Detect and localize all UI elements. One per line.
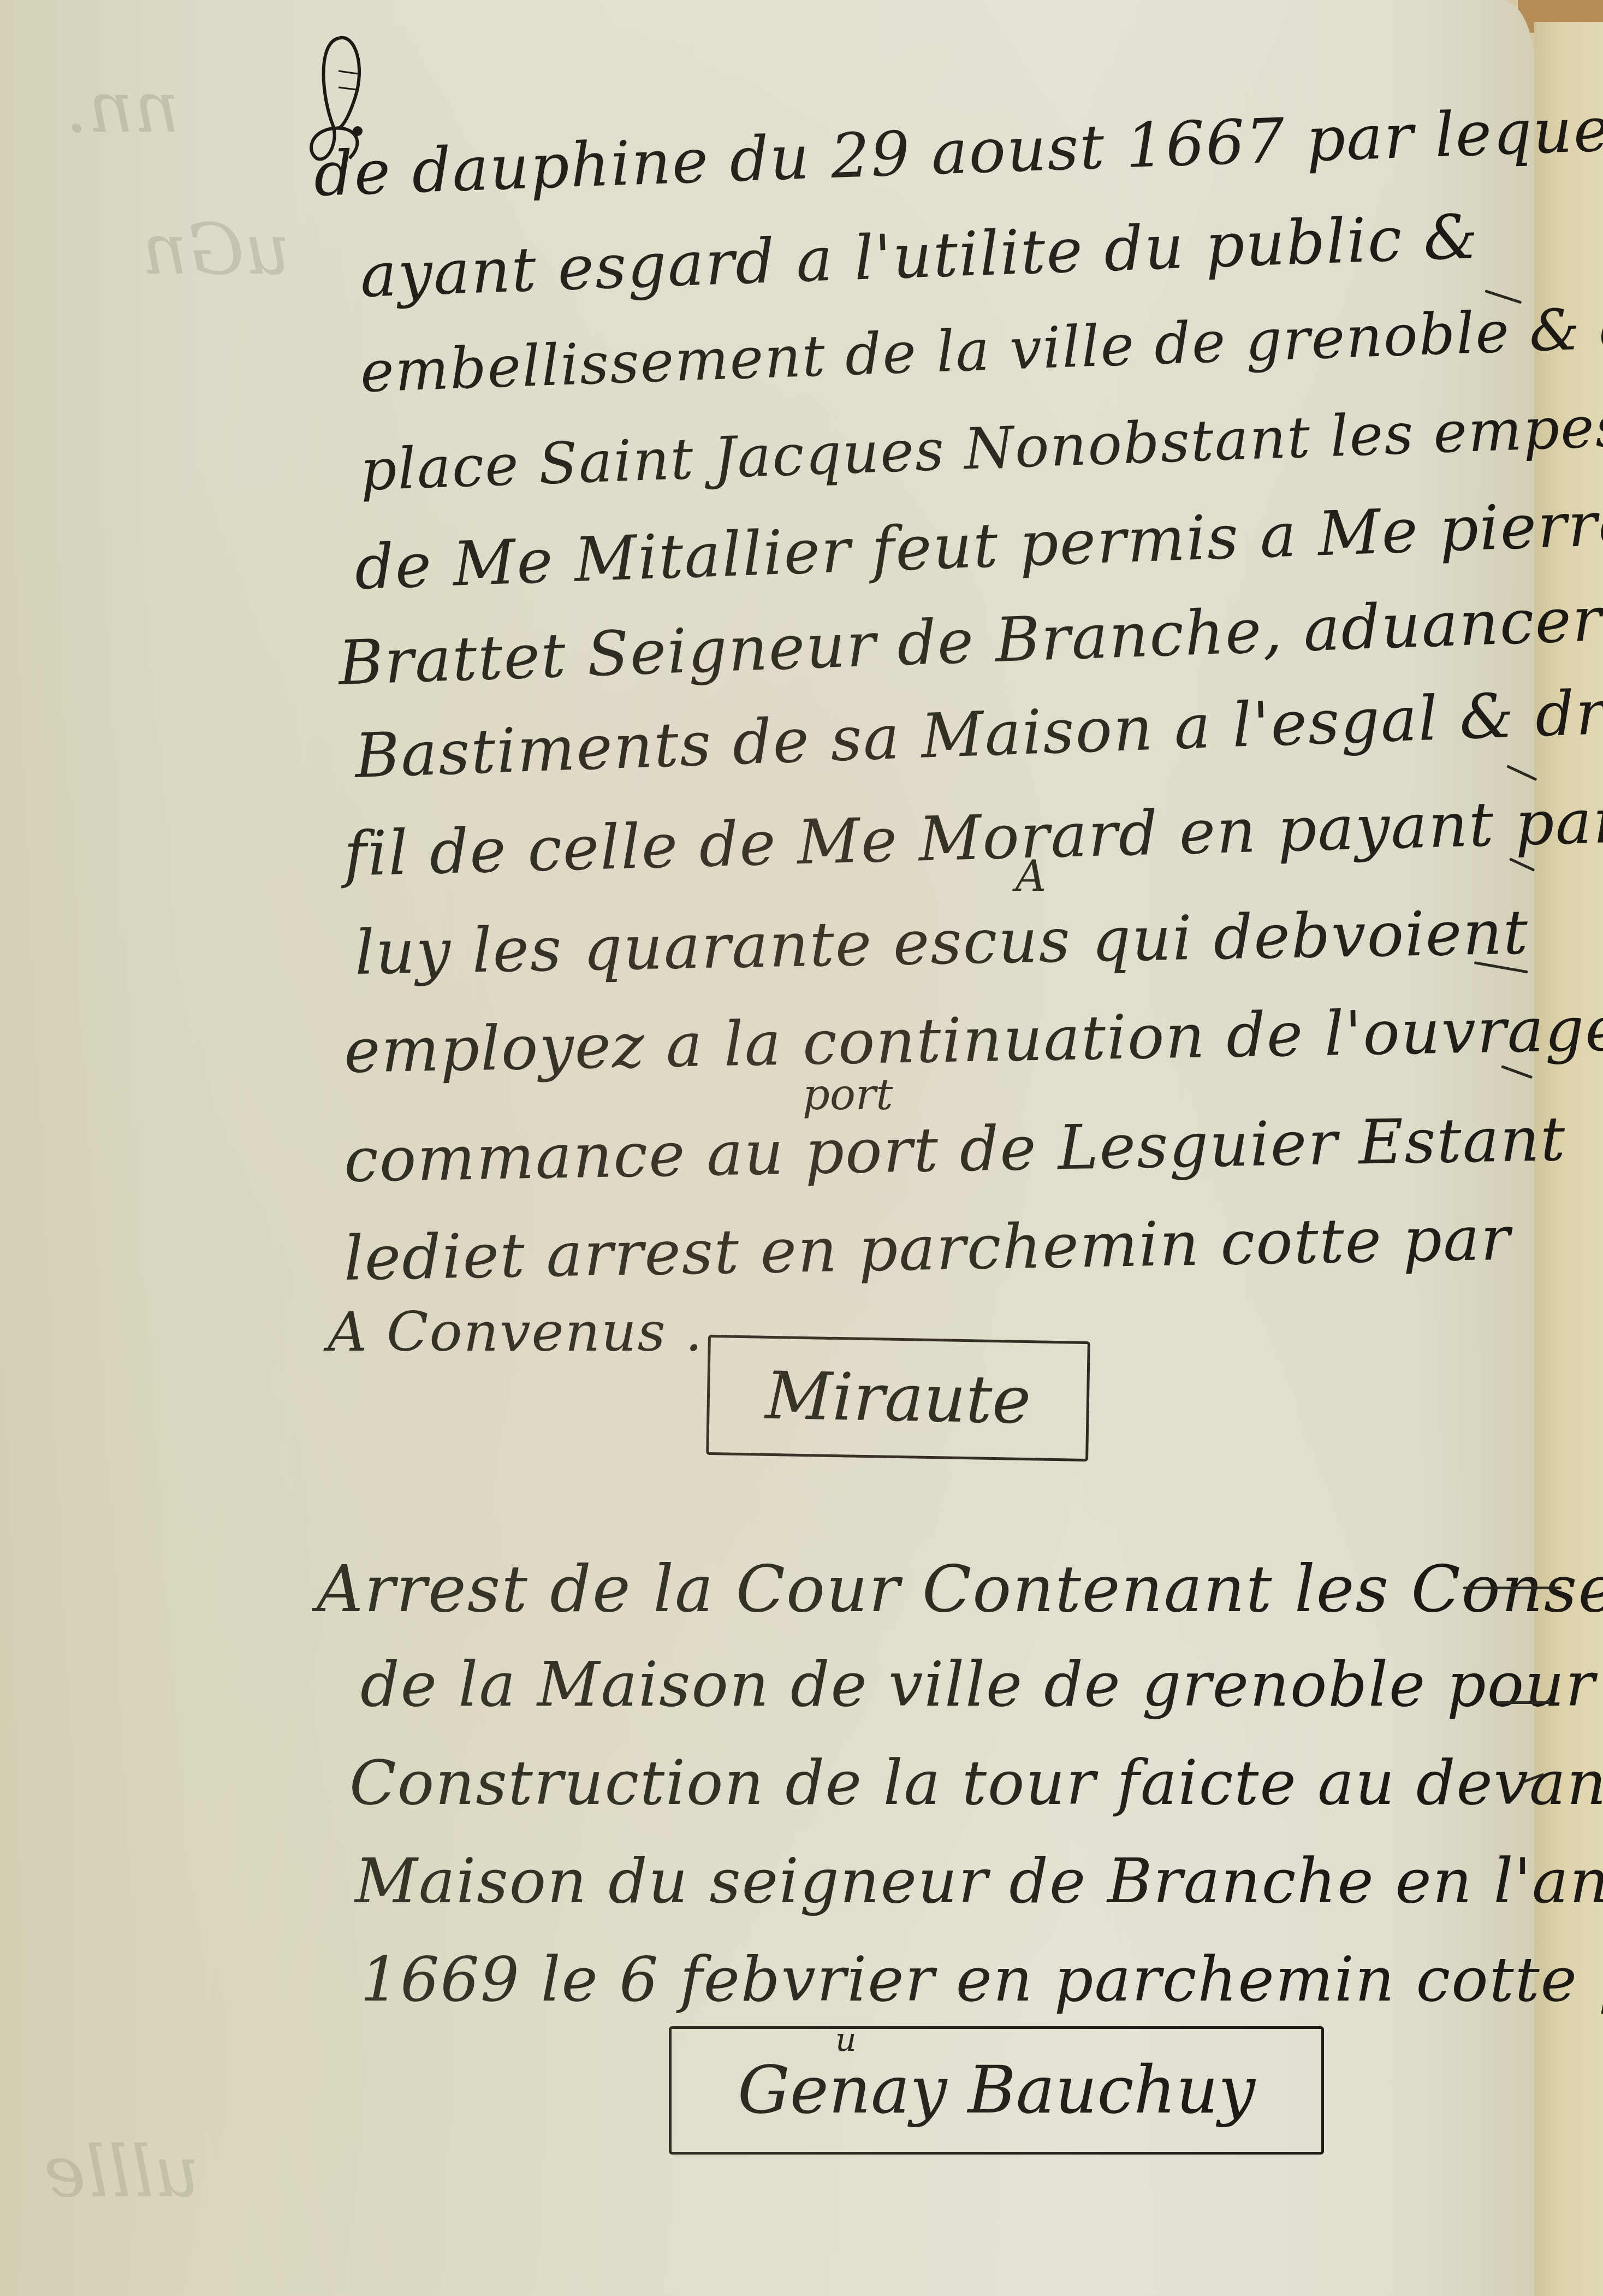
text-line: Brattet Seigneur de Branche, aduancer le…	[337, 580, 1603, 699]
bleed-through-text: uGn	[142, 208, 290, 291]
insertion-port: port	[803, 1070, 893, 1120]
bleed-through-text: nn.	[66, 66, 180, 149]
signature: Genay Bauchuy	[738, 2052, 1255, 2128]
text-line: Construction de la tour faicte au devant…	[349, 1748, 1603, 1819]
insertion-mark: A	[1016, 852, 1046, 901]
text-line: de dauphine du 29 aoust 1667 par lequel	[313, 93, 1603, 210]
line-filler-dash	[1506, 765, 1537, 781]
text-line: A Convenus .	[328, 1300, 704, 1364]
text-line: fil de celle de Me Morard en payant par	[343, 786, 1603, 890]
text-line: lediet arrest en parchemin cotte par	[343, 1203, 1512, 1294]
line-filler-dash	[1496, 1701, 1551, 1704]
text-line: ayant esgard a l'utilite du public &	[359, 202, 1480, 311]
manuscript-page: nn. uGn ullle de dauphine du 29 aoust 16…	[0, 0, 1534, 2296]
text-line: de Me Mitallier feut permis a Me pierre	[354, 488, 1603, 603]
text-line: 1669 le 6 febvrier en parchemin cotte pa…	[360, 1944, 1603, 2015]
text-line: embellissement de la ville de grenoble &…	[359, 290, 1603, 405]
signature-insertion: u	[835, 2021, 857, 2059]
line-filler-dash	[1463, 1587, 1562, 1589]
signature: Miraute	[764, 1358, 1031, 1438]
signature-box: Miraute	[706, 1335, 1090, 1461]
text-line: de la Maison de ville de grenoble pour l…	[360, 1649, 1603, 1720]
entry-heading-line: Arrest de la Cour Contenant les Conseill…	[317, 1551, 1603, 1626]
line-filler-dash	[1501, 1065, 1533, 1079]
text-line: commance au port de Lesguier Estant	[343, 1104, 1567, 1196]
text-line: Maison du seigneur de Branche en l'an	[355, 1846, 1603, 1917]
text-line: employez a la continuation de l'ouvrage …	[343, 992, 1603, 1087]
bleed-through-text: ullle	[44, 2130, 199, 2213]
signature-box: Genay Bauchuy	[669, 2026, 1324, 2155]
text-line: luy les quarante escus qui debvoient	[354, 897, 1529, 989]
text-line: place Saint Jacques Nonobstant les empes…	[359, 383, 1603, 504]
line-filler-dash	[1509, 857, 1535, 872]
